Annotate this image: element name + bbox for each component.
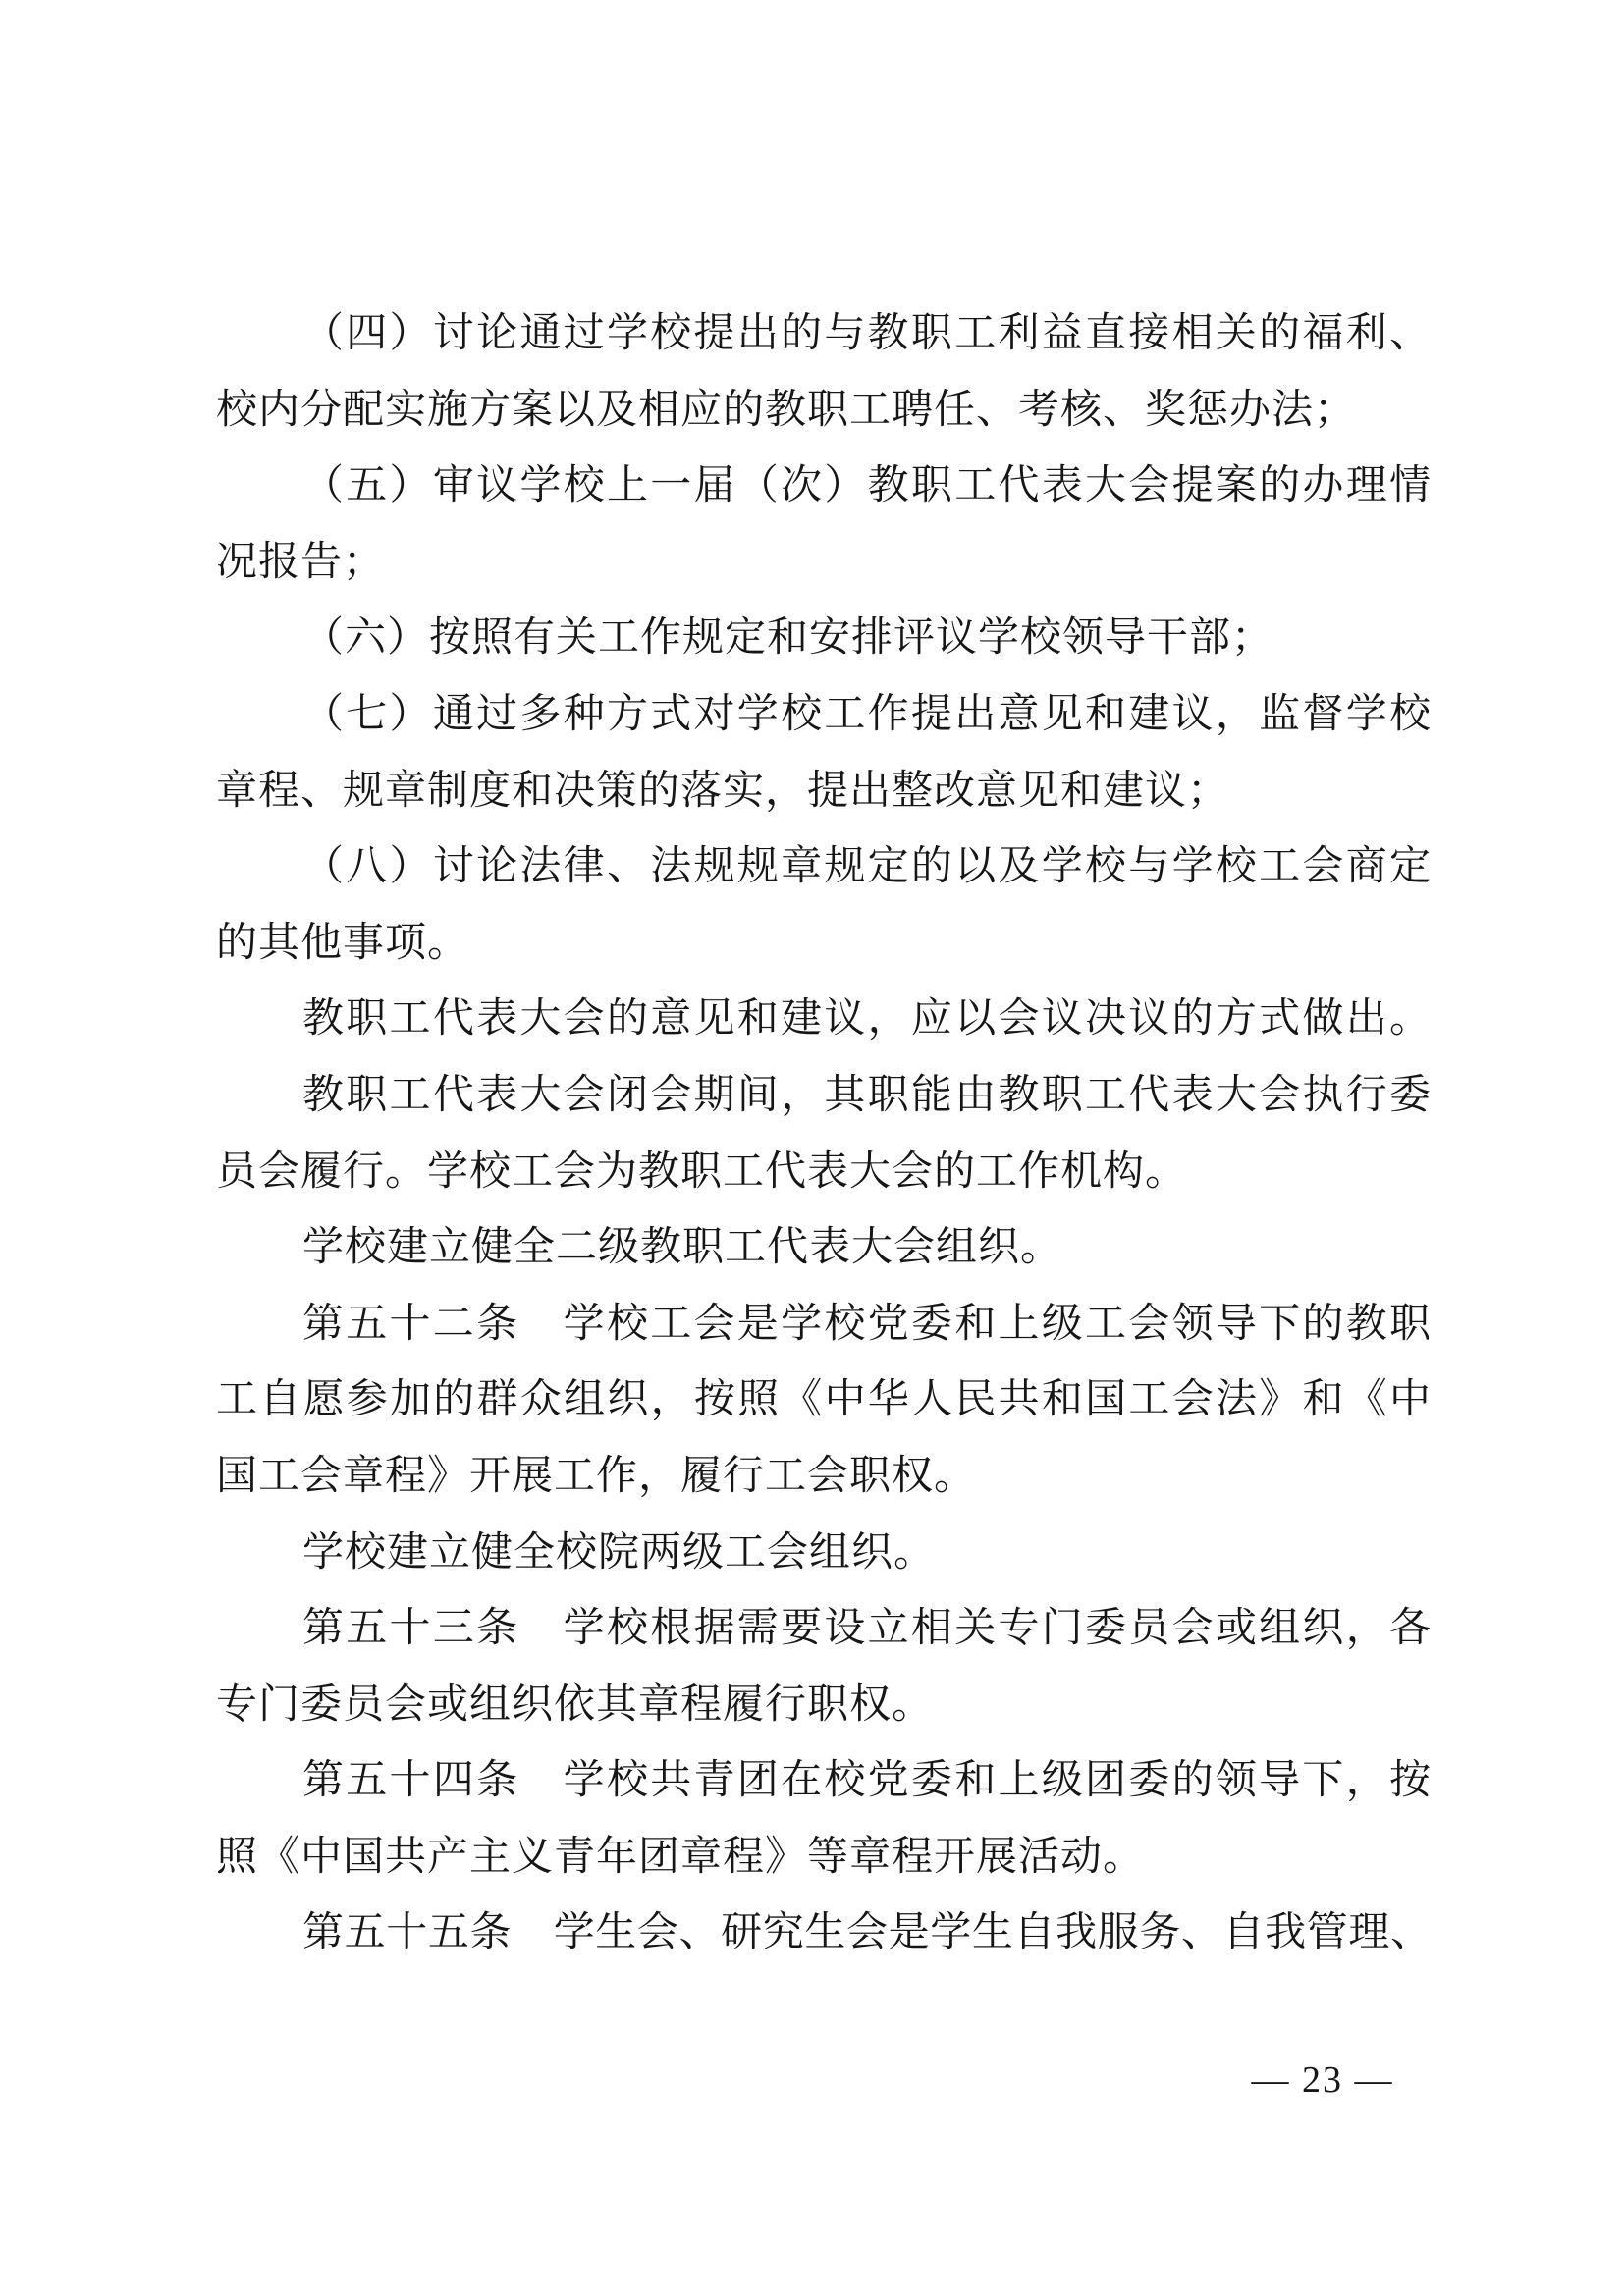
text-line: 第五十二条 学校工会是学校党委和上级工会领导下的教职 <box>216 1287 1432 1363</box>
text-line: （六）按照有关工作规定和安排评议学校领导干部； <box>216 601 1432 677</box>
text-line: 第五十三条 学校根据需要设立相关专门委员会或组织，各 <box>216 1591 1432 1668</box>
text-line: 第五十五条 学生会、研究生会是学生自我服务、自我管理、 <box>216 1896 1432 1972</box>
text-line: 章程、规章制度和决策的落实，提出整改意见和建议； <box>216 754 1432 830</box>
text-line: 学校建立健全校院两级工会组织。 <box>216 1516 1432 1592</box>
text-line: 员会履行。学校工会为教职工代表大会的工作机构。 <box>216 1135 1432 1211</box>
document-page: （四）讨论通过学校提出的与教职工利益直接相关的福利、 校内分配实施方案以及相应的… <box>0 0 1624 2296</box>
page-number: — 23 — <box>1229 2057 1416 2103</box>
text-line: 专门委员会或组织依其章程履行职权。 <box>216 1668 1432 1744</box>
text-line: 的其他事项。 <box>216 906 1432 983</box>
text-line: 教职工代表大会的意见和建议，应以会议决议的方式做出。 <box>216 982 1432 1058</box>
text-line: 校内分配实施方案以及相应的教职工聘任、考核、奖惩办法； <box>216 373 1432 450</box>
text-line: （八）讨论法律、法规规章规定的以及学校与学校工会商定 <box>216 829 1432 906</box>
text-line: （四）讨论通过学校提出的与教职工利益直接相关的福利、 <box>216 296 1432 373</box>
text-line: （五）审议学校上一届（次）教职工代表大会提案的办理情 <box>216 449 1432 525</box>
text-line: 照《中国共产主义青年团章程》等章程开展活动。 <box>216 1820 1432 1896</box>
text-line: 第五十四条 学校共青团在校党委和上级团委的领导下，按 <box>216 1743 1432 1820</box>
document-body: （四）讨论通过学校提出的与教职工利益直接相关的福利、 校内分配实施方案以及相应的… <box>216 296 1432 1972</box>
text-line: 况报告； <box>216 525 1432 602</box>
text-line: 学校建立健全二级教职工代表大会组织。 <box>216 1210 1432 1287</box>
text-line: （七）通过多种方式对学校工作提出意见和建议，监督学校 <box>216 677 1432 754</box>
text-line: 国工会章程》开展工作，履行工会职权。 <box>216 1439 1432 1516</box>
text-line: 教职工代表大会闭会期间，其职能由教职工代表大会执行委 <box>216 1058 1432 1135</box>
text-line: 工自愿参加的群众组织，按照《中华人民共和国工会法》和《中 <box>216 1362 1432 1439</box>
